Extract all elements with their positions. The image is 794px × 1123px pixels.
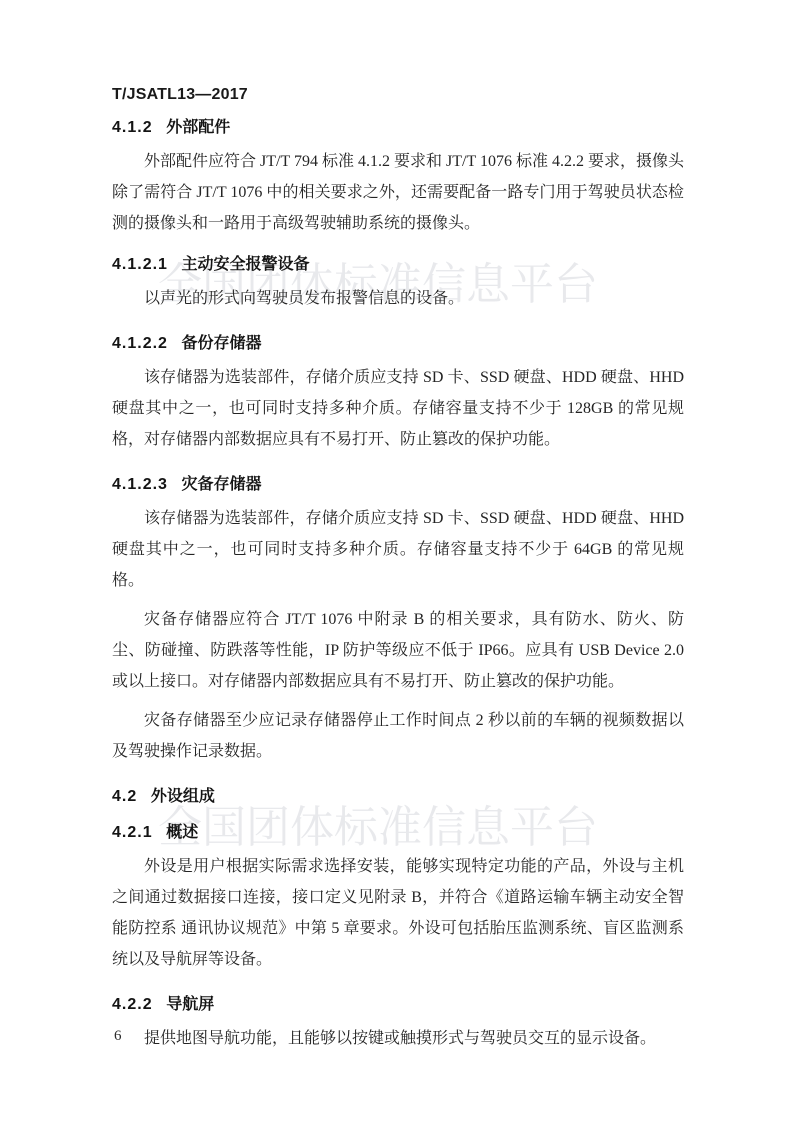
- section-title: 外设组成: [151, 788, 215, 805]
- section-number: 4.2.2: [112, 996, 153, 1013]
- section-title: 主动安全报警设备: [182, 256, 310, 273]
- section-number: 4.2: [112, 788, 137, 805]
- section-heading: 4.1.2.2备份存储器: [112, 334, 684, 354]
- section-heading: 4.1.2.3灾备存储器: [112, 475, 684, 495]
- section-heading: 4.2外设组成: [112, 787, 684, 807]
- section-heading: 4.2.1概述: [112, 823, 684, 843]
- section-number: 4.1.2.2: [112, 335, 168, 352]
- paragraph: 灾备存储器至少应记录存储器停止工作时间点 2 秒以前的车辆的视频数据以及驾驶操作…: [112, 705, 684, 767]
- section-title: 灾备存储器: [182, 476, 262, 493]
- section-number: 4.1.2: [112, 119, 153, 136]
- section-number: 4.1.2.1: [112, 256, 168, 273]
- document-page: 全国团体标准信息平台 全国团体标准信息平台 T/JSATL13—2017 4.1…: [0, 0, 794, 1123]
- document-content: 4.1.2外部配件外部配件应符合 JT/T 794 标准 4.1.2 要求和 J…: [112, 118, 684, 1054]
- document-header: T/JSATL13—2017: [112, 85, 684, 105]
- section-title: 备份存储器: [182, 335, 262, 352]
- section-heading: 4.1.2外部配件: [112, 118, 684, 138]
- paragraph: 提供地图导航功能，且能够以按键或触摸形式与驾驶员交互的显示设备。: [112, 1023, 684, 1054]
- standard-number: T/JSATL13—2017: [112, 86, 248, 103]
- section-title: 导航屏: [166, 996, 214, 1013]
- section-heading: 4.1.2.1主动安全报警设备: [112, 255, 684, 275]
- section-title: 外部配件: [166, 119, 230, 136]
- paragraph: 该存储器为选装部件，存储介质应支持 SD 卡、SSD 硬盘、HDD 硬盘、HHD…: [112, 362, 684, 455]
- section-number: 4.1.2.3: [112, 476, 168, 493]
- paragraph: 该存储器为选装部件，存储介质应支持 SD 卡、SSD 硬盘、HDD 硬盘、HHD…: [112, 503, 684, 596]
- paragraph: 外部配件应符合 JT/T 794 标准 4.1.2 要求和 JT/T 1076 …: [112, 146, 684, 239]
- page-number: 6: [114, 1028, 122, 1045]
- paragraph: 灾备存储器应符合 JT/T 1076 中附录 B 的相关要求，具有防水、防火、防…: [112, 604, 684, 697]
- paragraph: 以声光的形式向驾驶员发布报警信息的设备。: [112, 283, 684, 314]
- section-heading: 4.2.2导航屏: [112, 995, 684, 1015]
- section-number: 4.2.1: [112, 824, 153, 841]
- section-title: 概述: [166, 824, 198, 841]
- paragraph: 外设是用户根据实际需求选择安装，能够实现特定功能的产品，外设与主机之间通过数据接…: [112, 851, 684, 975]
